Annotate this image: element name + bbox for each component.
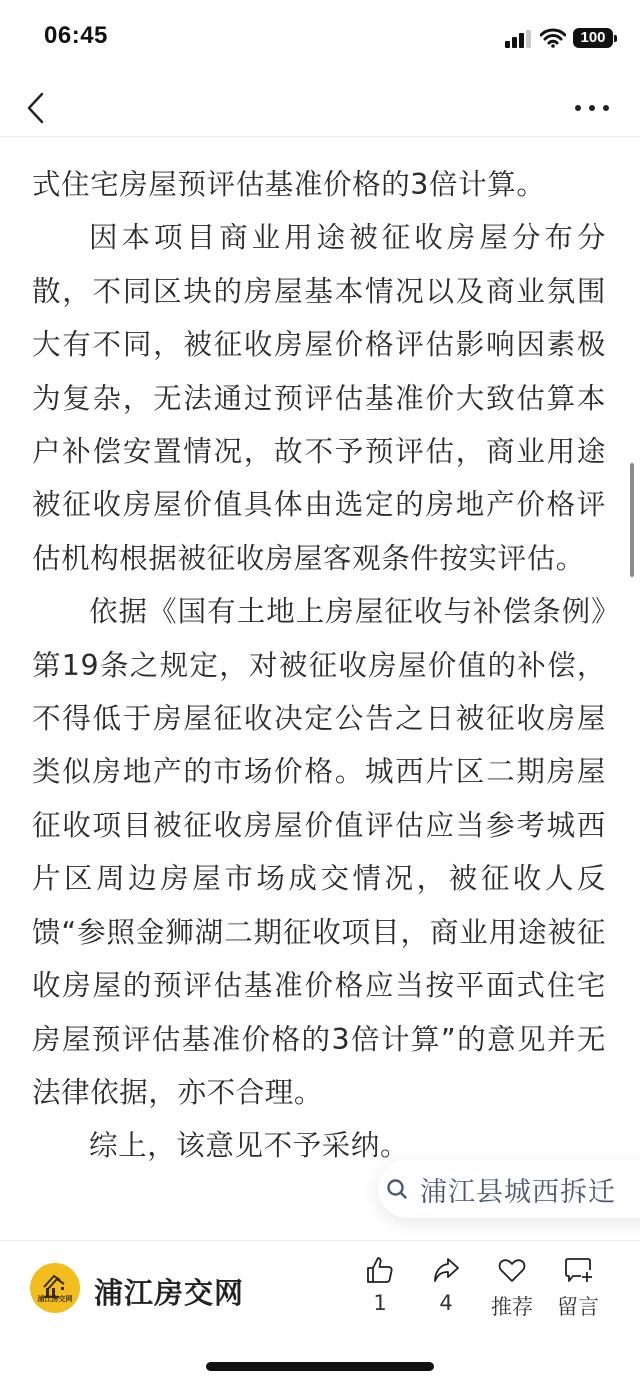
article-paragraph: 依据《国有土地上房屋征收与补偿条例》第19条之规定，对被征收房屋价值的补偿，不得…: [32, 585, 606, 1119]
chevron-left-icon[interactable]: [22, 90, 52, 126]
battery-tip: [614, 35, 617, 42]
comment-button[interactable]: 留言: [548, 1255, 608, 1321]
comment-label: 留言: [548, 1291, 608, 1321]
thumbs-up-icon: [365, 1255, 395, 1285]
like-button[interactable]: 1: [350, 1255, 410, 1315]
article-paragraph: 因本项目商业用途被征收房屋分布分散，不同区块的房屋基本情况以及商业氛围大有不同，…: [32, 211, 606, 585]
battery-icon: 100: [573, 28, 613, 48]
house-logo-icon: [30, 1263, 80, 1313]
like-count: 1: [350, 1291, 410, 1315]
heart-icon: [497, 1255, 527, 1285]
search-icon: [386, 1178, 408, 1200]
share-button[interactable]: 4: [416, 1255, 476, 1315]
recommend-button[interactable]: 推荐: [482, 1255, 542, 1321]
status-time: 06:45: [44, 22, 108, 50]
source-avatar[interactable]: 浦江房交网: [30, 1263, 80, 1313]
article-body: 式住宅房屋预评估基准价格的3倍计算。 因本项目商业用途被征收房屋分布分散，不同区…: [32, 158, 606, 1173]
avatar-label: 浦江房交网: [30, 1294, 80, 1304]
scrollbar[interactable]: [630, 463, 634, 577]
wifi-icon: [540, 28, 566, 48]
more-horizontal-icon[interactable]: [570, 96, 614, 120]
comment-add-icon: [563, 1255, 593, 1285]
share-count: 4: [416, 1291, 476, 1315]
search-suggestion-chip[interactable]: 浦江县城西拆迁: [378, 1160, 640, 1218]
status-bar: 06:45 100: [0, 0, 640, 80]
home-indicator[interactable]: [206, 1362, 434, 1371]
search-suggestion-text: 浦江县城西拆迁: [420, 1170, 616, 1209]
signal-icon: [505, 30, 533, 48]
nav-bar: [0, 80, 640, 137]
article-paragraph: 式住宅房屋预评估基准价格的3倍计算。: [32, 158, 606, 211]
share-icon: [431, 1255, 461, 1285]
recommend-label: 推荐: [482, 1291, 542, 1321]
source-name[interactable]: 浦江房交网: [94, 1271, 244, 1312]
